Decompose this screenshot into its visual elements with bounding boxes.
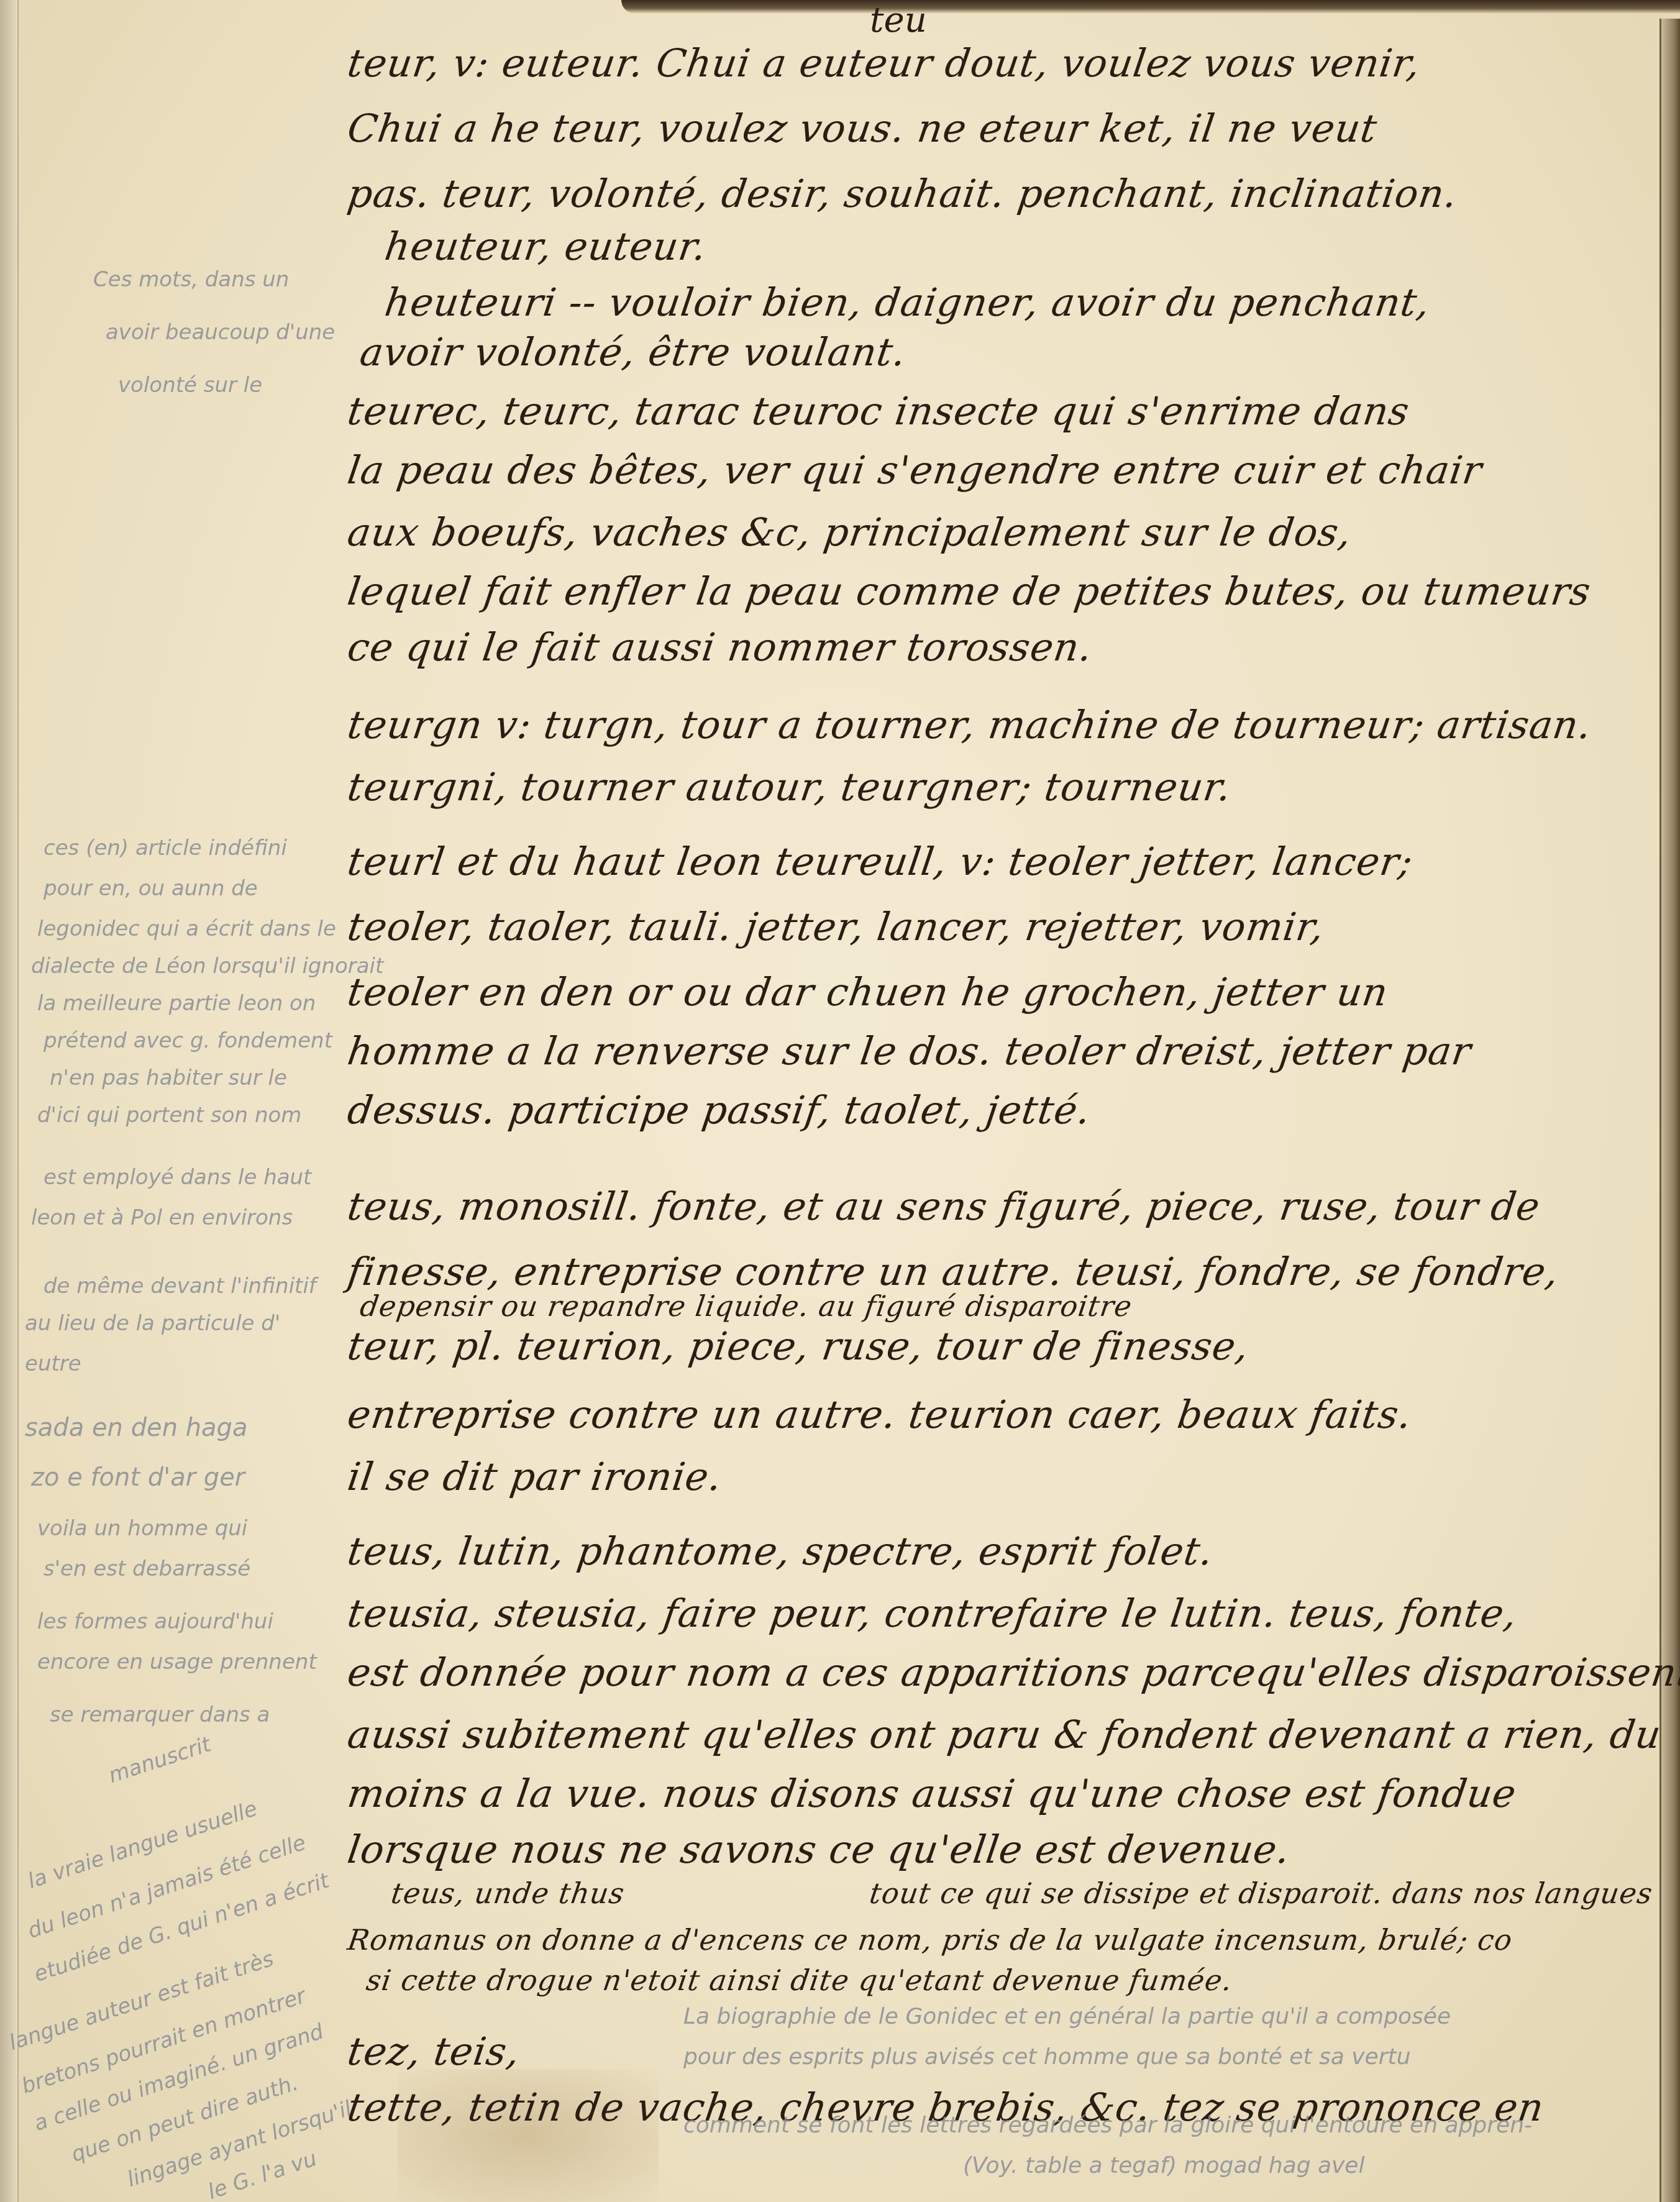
pencil-note-faint: avoir beaucoup d'une: [106, 320, 335, 345]
pencil-note: legonidec qui a écrit dans le: [37, 916, 336, 941]
pencil-note: eutre: [25, 1351, 81, 1376]
text-line: teurgn v: turgn, tour a tourner, machine…: [345, 702, 1595, 747]
pencil-note: s'en est debarrassé: [43, 1556, 250, 1581]
text-line: aussi subitement qu'elles ont paru & fon…: [345, 1712, 1664, 1757]
text-line: avoir volonté, être voulant.: [357, 329, 909, 375]
pencil-note: les formes aujourd'hui: [37, 1609, 273, 1634]
interlinear-note: tout ce qui se dissipe et disparoit. dan…: [867, 1876, 1655, 1910]
pencil-note: voila un homme qui: [37, 1516, 247, 1541]
pencil-note: la meilleure partie leon on: [37, 991, 316, 1016]
pencil-note: se remarquer dans a: [50, 1702, 270, 1727]
text-line: entreprise contre un autre. teurion caer…: [345, 1392, 1415, 1437]
text-line: teoler en den or ou dar chuen he grochen…: [345, 969, 1391, 1015]
text-line: teus, lutin, phantome, spectre, esprit f…: [345, 1528, 1217, 1574]
page-left-edge: [0, 0, 19, 2202]
pencil-note: comment se font les lettres regardées pa…: [683, 2113, 1532, 2138]
text-line: tez, teis,: [345, 2029, 523, 2074]
text-line: finesse, entreprise contre un autre. teu…: [345, 1249, 1562, 1294]
interlinear-correction: teu: [870, 0, 927, 40]
text-line: la peau des bêtes, ver qui s'engendre en…: [345, 447, 1485, 493]
pencil-note-faint: Ces mots, dans un: [93, 267, 289, 292]
text-line: Romanus on donne a d'encens ce nom, pris…: [345, 1923, 1515, 1957]
text-line: teurec, teurc, tarac teuroc insecte qui …: [345, 388, 1412, 434]
interlinear-note: depensir ou repandre liquide. au figuré …: [358, 1289, 1134, 1323]
text-line: teusia, steusia, faire peur, contrefaire…: [345, 1591, 1520, 1636]
text-line: il se dit par ironie.: [345, 1454, 725, 1499]
text-line: lequel fait enfler la peau comme de peti…: [345, 569, 1594, 614]
pencil-note: zo e font d'ar ger: [31, 1463, 245, 1492]
text-line: Chui a he teur, voulez vous. ne eteur ke…: [345, 106, 1380, 151]
text-line: teurl et du haut leon teureull, v: teole…: [345, 839, 1416, 884]
text-line: homme a la renverse sur le dos. teoler d…: [345, 1028, 1474, 1074]
text-line: aux boeufs, vaches &c, principalement su…: [345, 509, 1355, 555]
text-line: moins a la vue. nous disons aussi qu'une…: [345, 1771, 1520, 1816]
text-line: teus, unde thus: [389, 1876, 627, 1910]
pencil-note: de même devant l'infinitif: [43, 1274, 316, 1299]
pencil-note: n'en pas habiter sur le: [50, 1066, 287, 1090]
pencil-note: pour en, ou aunn de: [43, 876, 258, 901]
pencil-note: est employé dans le haut: [43, 1165, 311, 1190]
pencil-note: ces (en) article indéfini: [43, 836, 287, 861]
pencil-note: prétend avec g. fondement: [43, 1028, 332, 1053]
text-line: ce qui le fait aussi nommer torossen.: [345, 624, 1095, 670]
pencil-note: au lieu de la particule d': [25, 1311, 280, 1336]
manuscript-page: Ces mots, dans un avoir beaucoup d'une v…: [0, 0, 1680, 2202]
pencil-note: sada en den haga: [25, 1414, 247, 1442]
text-line: heuteuri -- vouloir bien, daigner, avoir…: [382, 280, 1433, 325]
pencil-note: pour des esprits plus avisés cet homme q…: [683, 2044, 1411, 2070]
book-binding-edge: [1659, 19, 1680, 2202]
text-line: teus, monosill. fonte, et au sens figuré…: [345, 1184, 1543, 1229]
pencil-note-faint: volonté sur le: [118, 373, 262, 398]
pencil-note: La biographie de le Gonidec et en généra…: [683, 2004, 1451, 2029]
text-line: si cette drogue n'etoit ainsi dite qu'et…: [364, 1963, 1235, 1997]
text-line: teoler, taoler, tauli. jetter, lancer, r…: [345, 904, 1327, 949]
page-top-edge-shadow: [621, 0, 1680, 14]
text-line: teur, v: euteur. Chui a euteur dout, vou…: [345, 40, 1423, 86]
pencil-note: (Voy. table a tegaf) mogad hag avel: [963, 2153, 1364, 2178]
text-line: pas. teur, volonté, desir, souhait. penc…: [345, 171, 1461, 216]
text-line: dessus. participe passif, taolet, jetté.: [345, 1087, 1094, 1133]
text-line: teur, pl. teurion, piece, ruse, tour de …: [345, 1323, 1252, 1369]
pencil-note: manuscrit: [106, 1732, 214, 1788]
pencil-note: dialecte de Léon lorsqu'il ignorait: [31, 954, 383, 979]
text-line: est donnée pour nom a ces apparitions pa…: [345, 1650, 1680, 1695]
pencil-note: leon et à Pol en environs: [31, 1205, 293, 1230]
text-line: teurgni, tourner autour, teurgner; tourn…: [345, 764, 1235, 810]
text-line: lorsque nous ne savons ce qu'elle est de…: [345, 1827, 1294, 1872]
pencil-note: d'ici qui portent son nom: [37, 1103, 301, 1128]
text-line: heuteur, euteur.: [382, 224, 710, 269]
pencil-note: encore en usage prennent: [37, 1650, 317, 1674]
